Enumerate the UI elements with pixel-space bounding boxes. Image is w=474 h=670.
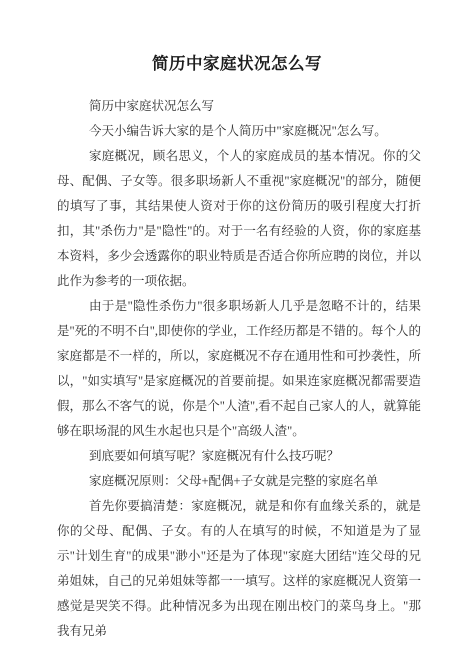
paragraph-principle: 家庭概况原则：父母+配偶+子女就是完整的家庭名单 — [57, 469, 421, 494]
paragraph-hidden-damage: 由于是"隐性杀伤力"很多职场新人几乎是忽略不计的，结果是"死的不明不白",即使你… — [57, 294, 421, 444]
paragraph-explanation: 首先你要搞清楚：家庭概况，就是和你有血缘关系的，就是你的父母、配偶、子女。有的人… — [57, 494, 421, 644]
paragraph-intro: 今天小编告诉大家的是个人简历中"家庭概况"怎么写。 — [57, 119, 421, 144]
paragraph-definition: 家庭概况，顾名思义，个人的家庭成员的基本情况。你的父母、配偶、子女等。很多职场新… — [57, 144, 421, 294]
paragraph-heading-repeat: 简历中家庭状况怎么写 — [57, 94, 421, 119]
document-body: 简历中家庭状况怎么写 今天小编告诉大家的是个人简历中"家庭概况"怎么写。 家庭概… — [57, 94, 421, 644]
document-title: 简历中家庭状况怎么写 — [0, 52, 474, 76]
paragraph-question: 到底要如何填写呢？家庭概况有什么技巧呢？ — [57, 444, 421, 469]
document-page: 简历中家庭状况怎么写 简历中家庭状况怎么写 今天小编告诉大家的是个人简历中"家庭… — [0, 0, 474, 670]
